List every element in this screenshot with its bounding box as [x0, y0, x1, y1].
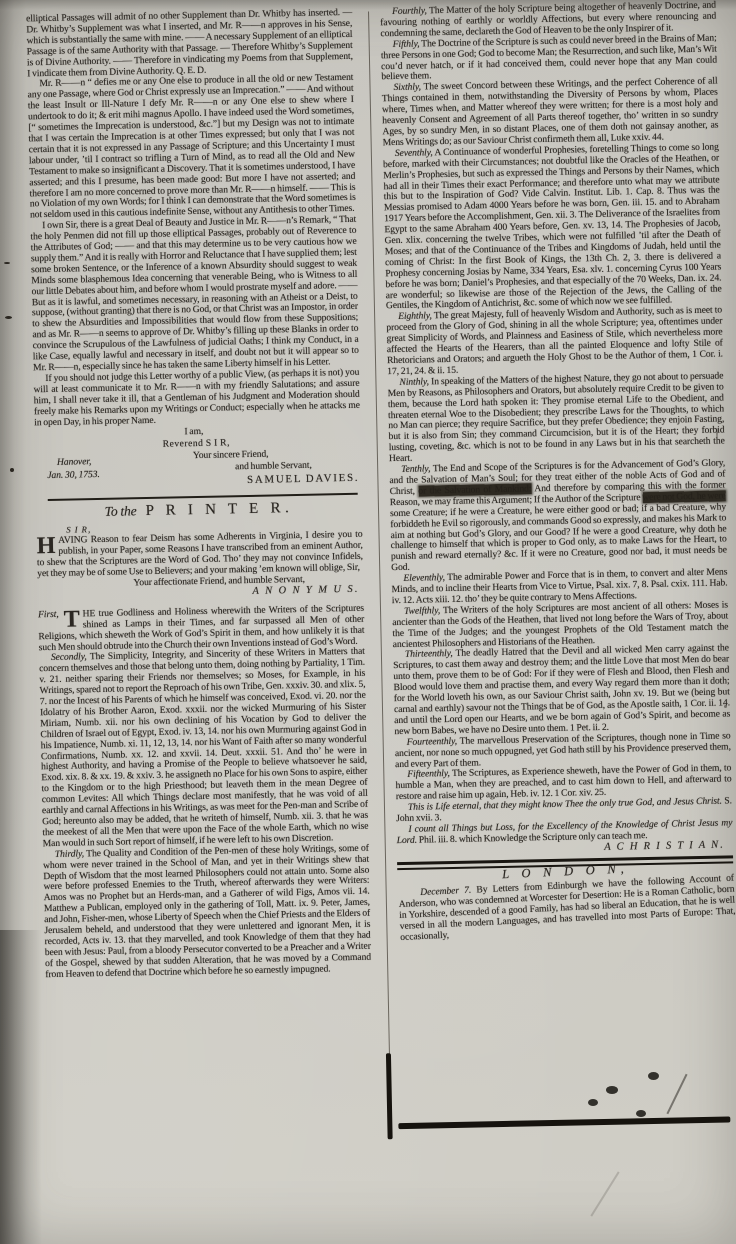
reason-label: Twelfthly, [404, 605, 440, 617]
samuel-davies-signature: SAMUEL DAVIES. [247, 473, 359, 486]
ink-blot [636, 1110, 646, 1117]
reason-text: A Continuance of wonderful Prophesies, f… [383, 141, 722, 311]
reason-sixthly: Sixthly, The sweet Concord between these… [381, 77, 718, 149]
reason-thirteenthly: Thirteenthly, The deadly Hatred that the… [393, 644, 731, 738]
closing-place: Hanover, [57, 458, 91, 470]
reason-seventhly: Seventhly, A Continuance of wonderful Pr… [383, 142, 722, 312]
reason-text: The sweet Concord between these Writings… [382, 76, 719, 148]
ink-speck [5, 316, 12, 319]
letter-paragraph: If you should not judge this Letter wort… [33, 368, 360, 429]
london-section: L O N D O N, December 7. By Letters from… [397, 856, 736, 943]
reason-tenthly: Tenthly, The End and Scope of the Script… [389, 458, 727, 574]
ink-speck [724, 705, 727, 708]
reason-text: The great Majesty, full of heavenly Wisd… [386, 305, 723, 377]
ink-speck [4, 262, 10, 264]
letter-closing: I am, Reverend S I R, Your sincere Frien… [34, 424, 361, 495]
scan-artifact-bar [398, 1116, 730, 1129]
page-gutter-shadow-dark [0, 930, 42, 1244]
reason-secondly: Secondly, The Simplicity, Integrity, and… [39, 647, 369, 850]
reason-label: First, [38, 610, 59, 621]
ink-blot [648, 1072, 659, 1080]
ink-speck [10, 468, 14, 472]
reason-text: The Simplicity, Integrity, and Sincerity… [39, 646, 368, 849]
letter-paragraph: I own Sir, there is a great Deal of Beau… [30, 215, 359, 374]
page-content: elliptical Passages will admit of no oth… [24, 0, 736, 1244]
reason-label: Fourthly, [392, 5, 427, 17]
ink-blot-divider [386, 1053, 393, 1139]
left-column: elliptical Passages will admit of no oth… [26, 8, 371, 981]
reason-label: Seventhly, [395, 147, 433, 159]
ink-blot [588, 1099, 598, 1106]
drop-cap-t: T [64, 609, 83, 629]
reason-label: Secondly, [51, 652, 87, 664]
reason-eighthly: Eighthly, The great Majesty, full of hea… [386, 306, 723, 378]
reason-label: Fifthly, [393, 38, 420, 50]
reason-label: Thirdly, [55, 848, 84, 860]
reason-text: some Creature; if he were a Creature, he… [390, 501, 727, 573]
closing-i-am: I am, [184, 427, 203, 438]
to-the-printer-heading: To theP R I N T E R. [36, 498, 362, 523]
ink-speck [716, 428, 718, 438]
heading-printer: P R I N T E R. [145, 501, 293, 520]
reason-text: The Quality and Condition of the Pen-men… [43, 842, 371, 979]
ink-blot [606, 1086, 618, 1094]
closing-humble-servant: and humble Servant, [235, 461, 312, 473]
reason-text: The Writers of the holy Scriptures are m… [392, 599, 728, 649]
reason-thirdly: Thirdly, The Quality and Condition of th… [43, 843, 372, 980]
reason-label: Ninthly, [399, 376, 429, 388]
newspaper-page: elliptical Passages will admit of no oth… [0, 0, 736, 1244]
reason-label: Tenthly, [401, 463, 430, 475]
reason-text: HE true Godliness and Holiness wherewith… [38, 602, 364, 652]
reason-ninthly: Ninthly, In speaking of the Matters of t… [387, 371, 725, 465]
intro-text: AVING Reason to fear Deism has some Adhe… [37, 529, 363, 579]
printer-letter-intro: HAVING Reason to fear Deism has some Adh… [36, 530, 363, 580]
letter-paragraph: Mr. R——n “ defies me or any One else to … [27, 73, 356, 221]
reason-text: In speaking of the Matters of the highes… [388, 370, 725, 464]
drop-cap-h: H [36, 536, 58, 556]
letter-paragraph: elliptical Passages will admit of no oth… [26, 8, 353, 80]
closing-date: Jan. 30, 1753. [47, 470, 100, 482]
reason-text: The Doctrine of the Scripture is such as… [381, 32, 717, 82]
heading-to-the: To the [105, 504, 137, 520]
right-column: Fourthly, The Matter of the holy Scriptu… [380, 1, 735, 944]
